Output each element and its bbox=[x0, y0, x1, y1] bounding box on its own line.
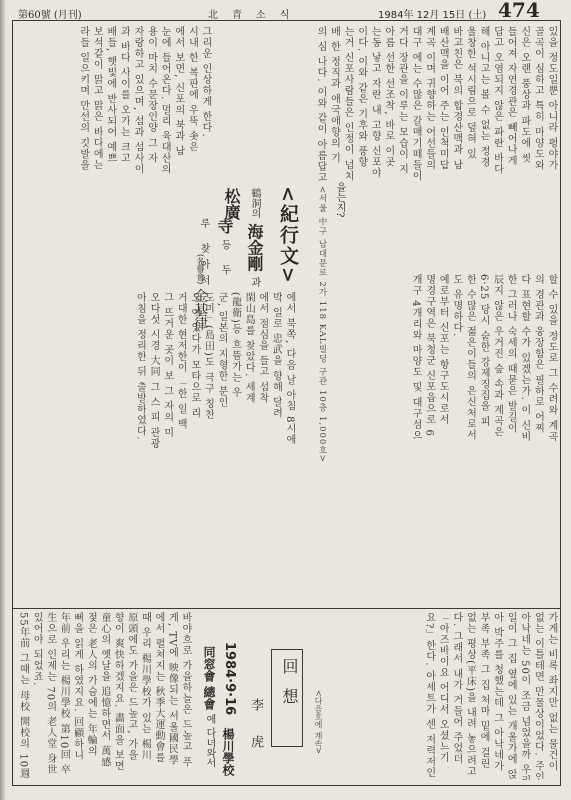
text-column: 生으로 인제는 70의 老人堂 身世 bbox=[43, 612, 57, 780]
title-prefix: 鶴洞의 bbox=[249, 188, 260, 218]
text-column: 들어져 자연경관은 빼어나게 bbox=[504, 26, 518, 274]
text-column: 童心의 옛날을 追憶하면서 萬感 bbox=[97, 612, 111, 780]
text-column: 신은 오랜 풍상과 파도에 씻 bbox=[517, 26, 531, 274]
text-column: 향이 爽快하겠지요. 畵面을 보면 bbox=[111, 612, 125, 780]
text-column: 자랑하고 있으며, 섬과 섬사이 bbox=[130, 26, 144, 288]
text-column: 일이 그 집 옆에 있는 개울가에 앉 bbox=[504, 612, 518, 780]
text-column: 아름 선한 선조착, 바로 이곳 bbox=[381, 26, 395, 274]
event-title-main: 同窓會 總會 bbox=[202, 646, 216, 710]
article1-body-top-left: 그리운 인상하게 한다.시내 한 복판에 우뚝 솟은에서 보면, 신포의 북과 … bbox=[16, 26, 212, 288]
text-column: 辰지 않은 우거진 숲 속과 계곡은 bbox=[490, 274, 504, 604]
text-column: 이다. 이와 같은 기후와 풍향 bbox=[354, 26, 368, 274]
masthead: 北青소식 bbox=[208, 6, 303, 21]
text-column: 한 그러나 숙세의 때묻은 발길이 bbox=[504, 274, 518, 604]
page-number: 474 bbox=[498, 0, 540, 22]
text-column: 울창한 석시림으로 덮혀 있 bbox=[463, 26, 477, 274]
subtitle-main: 寺 bbox=[215, 218, 234, 234]
text-column: 라들 일으키며 만선의 깃발을 bbox=[76, 26, 90, 288]
text-column: 배 한 정직과 애국애향의 기 bbox=[327, 26, 341, 274]
article1-body-lower: 에서 북쪽, 다음 날 아침 8시에박 일로 忠武을 향해 달려에서 점심을 들… bbox=[16, 292, 296, 604]
text-column: 年前 우리는 楊川學校 第10回 卒 bbox=[57, 612, 71, 780]
author-address: <서울 中구 남대문로 2가 118 KAL빌딩 구관 10층 1,000호> bbox=[316, 186, 328, 463]
event-place: 楊川學校 bbox=[220, 728, 237, 776]
text-column: 가게는 비록 좌지만 없는 물건이 bbox=[544, 612, 558, 780]
text-column: 골곡이 심하고 특히 마양도와 bbox=[531, 26, 545, 274]
text-column: 눈에 들어온다. 멀리 육대산의 bbox=[158, 26, 172, 288]
text-column: 에서 보면, 신포의 북과 남 bbox=[171, 26, 185, 288]
text-column: 박 일로 忠武을 향해 달려 bbox=[269, 292, 283, 604]
text-column: 오다섯 시경 大同 그 스 피 관광 bbox=[146, 292, 160, 604]
text-column: 閑山島를 찾았다. 세계 bbox=[242, 292, 256, 604]
text-column: 보석같이 맑고 맑은 바다에는 bbox=[90, 26, 104, 288]
text-column: 오 여 있다가 모타으로 리 bbox=[187, 292, 201, 604]
text-column: 할 수 있을 정도로 그 수려와 계곡 bbox=[544, 274, 558, 604]
text-column: 있을 정도일뿐 아니라 평야가 bbox=[544, 26, 558, 274]
continued-note: <다음호에 계속> bbox=[313, 690, 324, 754]
text-column: 요?」한다. 아세트가 센 저력저인 bbox=[422, 612, 436, 780]
title-end: 松廣 bbox=[222, 188, 241, 220]
article2-body-right: 가게는 비록 좌지만 없는 물건이없는 이틀테면 만물상이었다. 주인아낙네는 … bbox=[328, 612, 558, 780]
text-column: 젖은 老人의 가슴에는 年輪의 bbox=[84, 612, 98, 780]
event-date: 1984·9·16 bbox=[222, 642, 237, 715]
article1-body-top-right: 있을 정도일뿐 아니라 평야가골곡이 심하고 특히 마양도와신은 오랜 풍상과 … bbox=[300, 26, 558, 274]
text-column: 예로부터 신포는 항구도시로서 bbox=[436, 274, 450, 604]
text-column: 한 수많은 젊은이들의 은신처로서 bbox=[463, 274, 477, 604]
text-column: 의 경관과 웅장함은 필하로 어찌 bbox=[531, 274, 545, 604]
text-column: 에서 북쪽, 다음 날 아침 8시에 bbox=[282, 292, 296, 604]
recall-title-box: 回想 bbox=[271, 649, 303, 747]
text-column: 뻐을 읽게 하였지요. 回顧하니 bbox=[70, 612, 84, 780]
text-column: 는거 신포사람들은 인정이 넘치 bbox=[341, 26, 355, 274]
text-column: 답고 오염되지 않은 파란 바다 bbox=[490, 26, 504, 274]
text-column: 에서 점심을 들고 섬착 bbox=[255, 292, 269, 604]
recall-title: 回想 bbox=[278, 658, 301, 718]
text-column: 배산맥을 이어 주는 인척미답 bbox=[436, 26, 450, 274]
page-header: 第60號 (月刊) 北青소식 1984年 12月 15日 (土) 474 bbox=[18, 2, 563, 18]
text-column: 있어야 되었죠. bbox=[30, 612, 44, 780]
text-column: 는동 낳고 자란 내 고향 신포야 bbox=[368, 26, 382, 274]
page-edge-shadow bbox=[0, 0, 6, 800]
text-column: 6·25 당시 숱한 강제징집을 피 bbox=[476, 274, 490, 604]
text-column: 군, 일본의 지형한 분인 bbox=[214, 292, 228, 604]
text-column: 그 뜨거운 곳이 보 그 자의 미 bbox=[160, 292, 174, 604]
title-conj: 과 bbox=[249, 277, 260, 287]
section-divider bbox=[12, 608, 561, 609]
text-column: 해 아니고는 볼 수 없는 정경 bbox=[476, 26, 490, 274]
text-column: 아낙네는 50이 조금 넘었을까 우리 bbox=[517, 612, 531, 780]
text-column: (龍衛)등 흐뜸가는 우 bbox=[228, 292, 242, 604]
article1-title-block: <紀行文> 鶴洞의 海金剛 과 松廣 寺 등 두루 찾아서 bbox=[212, 178, 302, 292]
article1-author: (名譽會) 金基律 bbox=[190, 254, 210, 331]
article2-author: 李虎 bbox=[246, 698, 265, 772]
column-fragment: 을는지? bbox=[332, 182, 347, 217]
author-role: (名譽會) bbox=[196, 254, 205, 284]
text-column: 부족 부족 그 집 처마 밑에 걸린 bbox=[476, 612, 490, 780]
text-column: 아침을 정리한 뒤 출발하였다. bbox=[133, 292, 147, 604]
text-column: 다. 그래서 내가 거들어 주었더 bbox=[449, 612, 463, 780]
text-column: 도 유명하다. bbox=[449, 274, 463, 604]
text-column: 다 표현할 수가 있겠는가. 이 신비 bbox=[517, 274, 531, 604]
title-main: 海金剛 bbox=[245, 224, 264, 272]
text-column: 바야흐로 가을하늘은 드높고 푸 bbox=[178, 612, 192, 780]
text-column: 도미」(島田)도 극구 칭찬 bbox=[201, 292, 215, 604]
text-column: 에서 펼쳐지는 秋季大運動會를 bbox=[151, 612, 165, 780]
text-column: 대구 에는 수많은 갈매기떼들이 bbox=[408, 26, 422, 274]
text-column: 개구 4개리와 마양도 및 대구섬으 bbox=[408, 274, 422, 604]
text-column: 명경구역은 북청군 신포읍으로 6 bbox=[422, 274, 436, 604]
text-column: 거대한 현저한이 「한 일 백 bbox=[174, 292, 188, 604]
text-column: 배들, 햇빛에 반사되어 예쁘 bbox=[103, 26, 117, 288]
text-column: 原頭에도 가을은 드높고, 가을 bbox=[124, 612, 138, 780]
text-column: 「아즈바이요 어디서 오셨느기 bbox=[436, 612, 450, 780]
author-name: 金基律 bbox=[192, 289, 208, 331]
article2-body-left: 바야흐로 가을하늘은 드높고 푸게, TV에 映像되는 서울國民學에서 펼쳐지는… bbox=[16, 612, 192, 780]
text-column: 아 박주를 청했는데 그 아낙네가 bbox=[490, 612, 504, 780]
text-column: 없는 이틀테면 만물상이었다. 주인 bbox=[531, 612, 545, 780]
text-column: 계곡 이며 귀향하는 어선들의 bbox=[422, 26, 436, 274]
text-column: 용이 마치 수문장인양 그 자 bbox=[144, 26, 158, 288]
event-title: 同窓會 總會 에 다녀와서 bbox=[201, 646, 218, 768]
text-column: 게, TV에 映像되는 서울國民學 bbox=[165, 612, 179, 780]
issue-number: 第60號 (月刊) bbox=[18, 6, 82, 21]
text-column: 과 바다 사이를 오가는 크고 bbox=[117, 26, 131, 288]
publication-date: 1984年 12月 15日 (土) bbox=[378, 6, 486, 21]
text-column: 거다 장관을 이루는 모습이 지 bbox=[395, 26, 409, 274]
text-column: 바고친은 북의 합경산맥과 남 bbox=[449, 26, 463, 274]
text-column: 없는 평상(平床)을 내려 놓으려고 bbox=[463, 612, 477, 780]
text-column: 55年前 그때는 母校 開校의 10週 bbox=[16, 612, 30, 780]
article-category: <紀行文> bbox=[275, 186, 302, 285]
text-column: 때 우리 楊川學校가 있는 楊川 bbox=[138, 612, 152, 780]
article1-body-middle: 할 수 있을 정도로 그 수려와 계곡의 경관과 웅장함은 필하로 어찌다 표현… bbox=[300, 274, 558, 604]
event-title-suffix: 에 다녀와서 bbox=[204, 714, 215, 767]
